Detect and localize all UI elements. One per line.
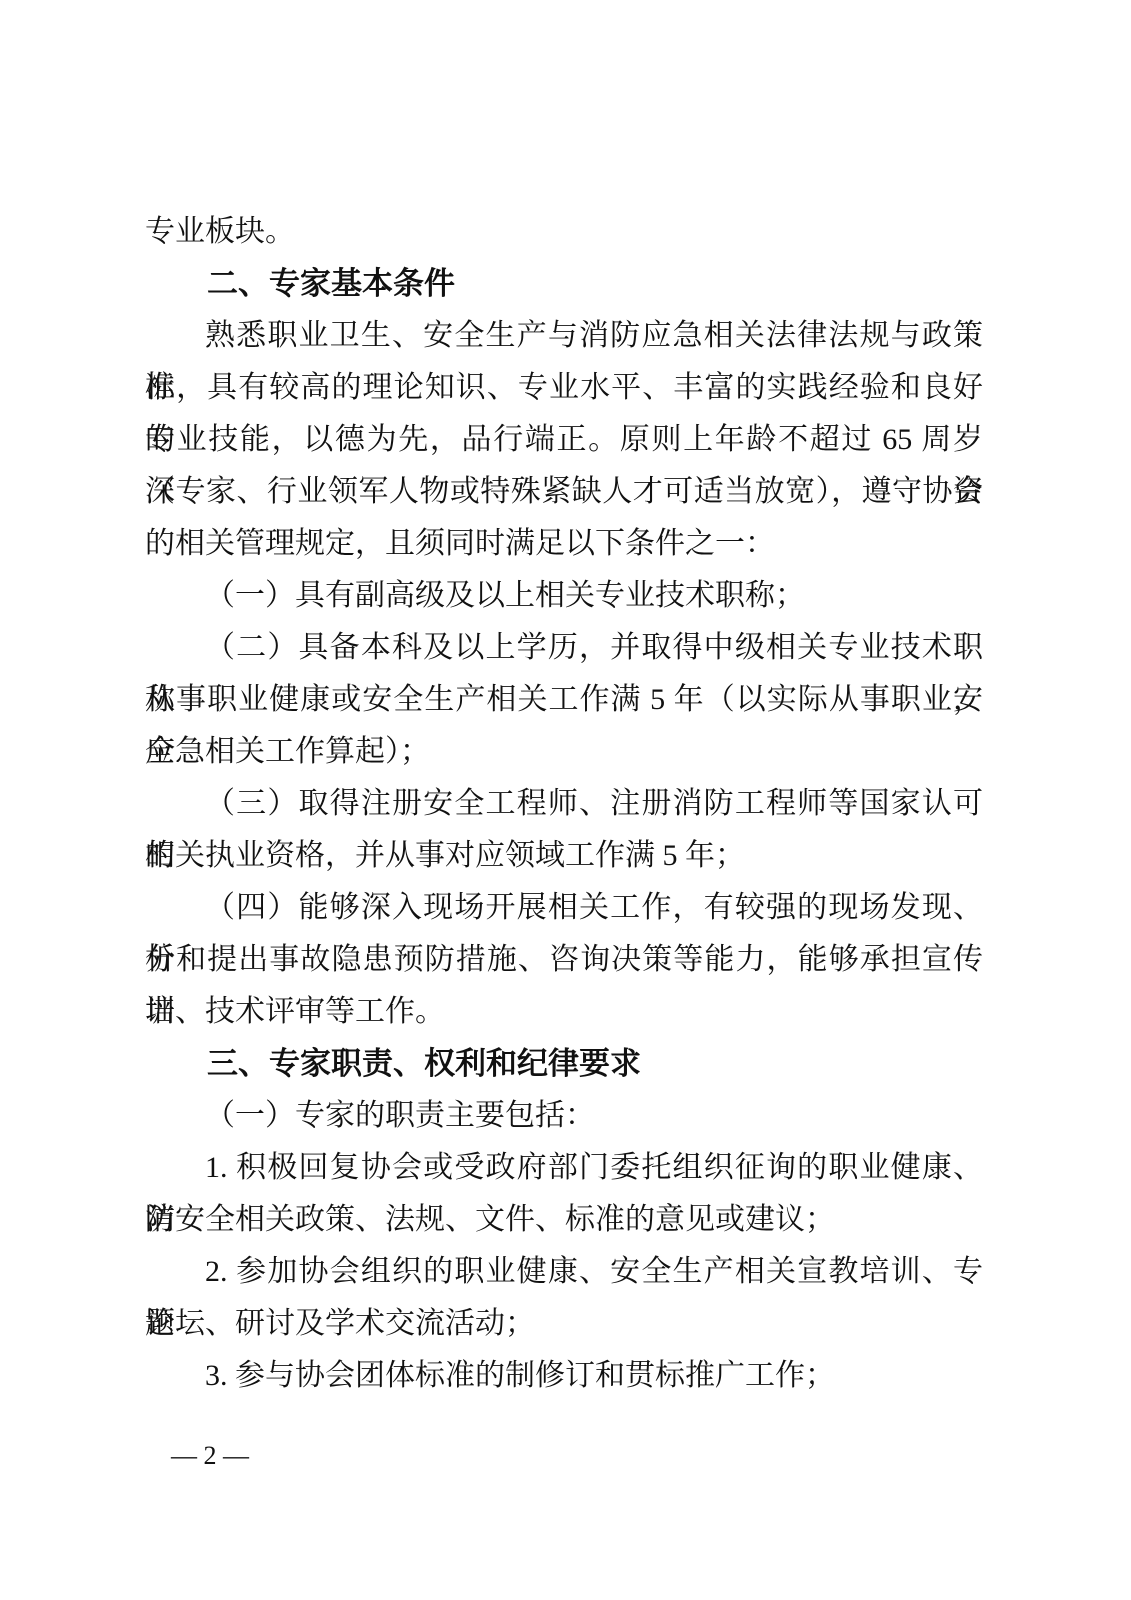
text-line: 准，具有较高的理论知识、专业水平、丰富的实践经验和良好的	[145, 362, 983, 414]
text-line: 析和提出事故隐患预防措施、咨询决策等能力，能够承担宣传培	[145, 934, 983, 986]
page-number: — 2 —	[171, 1438, 249, 1474]
text-line: 相关执业资格，并从事对应领域工作满 5 年；	[145, 830, 983, 882]
text-line: 专业技能，以德为先，品行端正。原则上年龄不超过 65 周岁（资	[145, 414, 983, 466]
text-line: 训、技术评审等工作。	[145, 986, 983, 1038]
document-body: 专业板块。 二、专家基本条件 熟悉职业卫生、安全生产与消防应急相关法律法规与政策…	[145, 206, 983, 1402]
document-page: 专业板块。 二、专家基本条件 熟悉职业卫生、安全生产与消防应急相关法律法规与政策…	[0, 0, 1131, 1600]
text-line: （一）具有副高级及以上相关专业技术职称；	[145, 570, 983, 622]
text-line: 从事职业健康或安全生产相关工作满 5 年（以实际从事职业安全	[145, 674, 983, 726]
text-line: 深专家、行业领军人物或特殊紧缺人才可适当放宽），遵守协会	[145, 466, 983, 518]
text-line: （二）具备本科及以上学历，并取得中级相关专业技术职称，	[145, 622, 983, 674]
text-line: 熟悉职业卫生、安全生产与消防应急相关法律法规与政策标	[145, 310, 983, 362]
text-line: 专业板块。	[145, 206, 983, 258]
section-heading-2: 二、专家基本条件	[145, 258, 983, 310]
text-line: 3. 参与协会团体标准的制修订和贯标推广工作；	[145, 1350, 983, 1402]
text-line: 2. 参加协会组织的职业健康、安全生产相关宣教培训、专题	[145, 1246, 983, 1298]
text-line: 论坛、研讨及学术交流活动；	[145, 1298, 983, 1350]
section-heading-3: 三、专家职责、权利和纪律要求	[145, 1038, 983, 1090]
text-line: 防安全相关政策、法规、文件、标准的意见或建议；	[145, 1194, 983, 1246]
text-line: 应急相关工作算起）；	[145, 726, 983, 778]
text-line: 1. 积极回复协会或受政府部门委托组织征询的职业健康、消	[145, 1142, 983, 1194]
text-line: （三）取得注册安全工程师、注册消防工程师等国家认可的	[145, 778, 983, 830]
text-line: （一）专家的职责主要包括：	[145, 1090, 983, 1142]
text-line: （四）能够深入现场开展相关工作，有较强的现场发现、分	[145, 882, 983, 934]
text-line: 的相关管理规定，且须同时满足以下条件之一：	[145, 518, 983, 570]
